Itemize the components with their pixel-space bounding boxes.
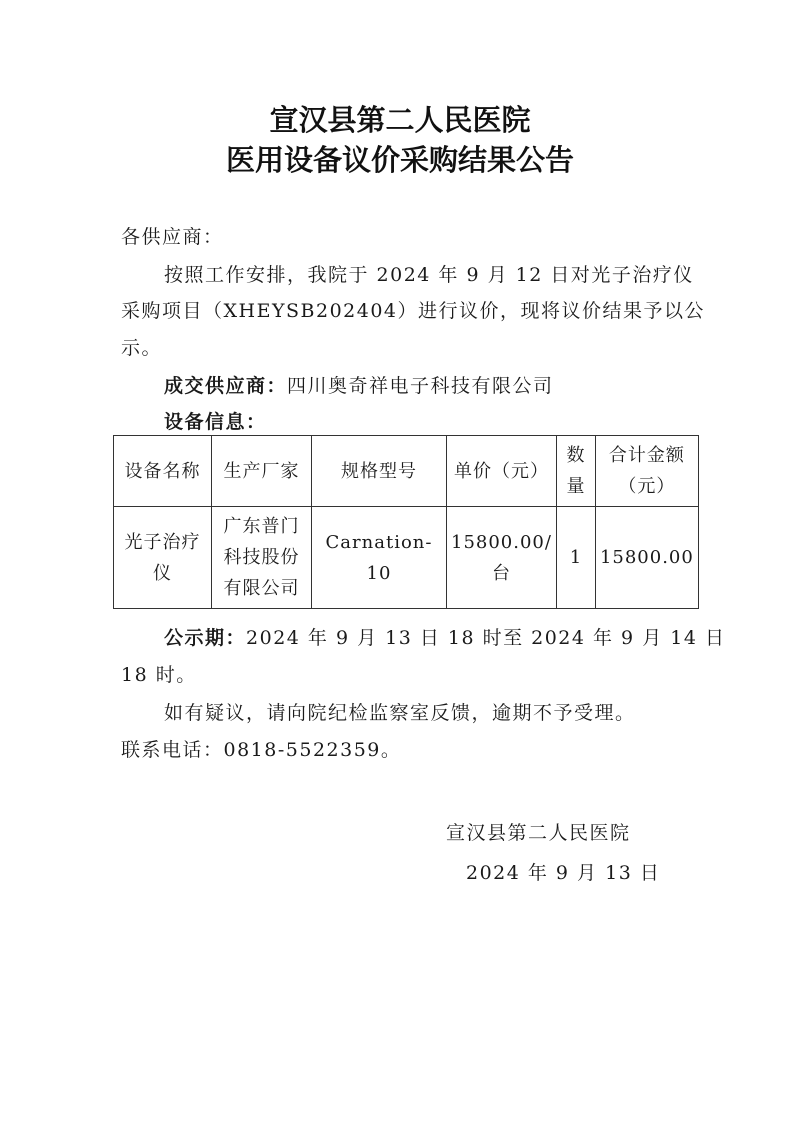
cell-equipment-name: 光子治疗 仪	[114, 507, 212, 609]
winning-supplier-value: 四川奥奇祥电子科技有限公司	[287, 375, 554, 397]
cell-unit-price: 15800.00/ 台	[447, 507, 557, 609]
signature-date: 2024 年 9 月 13 日	[466, 858, 660, 885]
header-quantity-line2: 量	[561, 471, 591, 502]
header-quantity-line1: 数	[561, 440, 591, 471]
paragraph-1-line-2: 采购项目（XHEYSB202404）进行议价，现将议价结果予以公	[121, 296, 705, 323]
salutation: 各供应商：	[121, 222, 224, 249]
publicity-period-line2: 18 时。	[121, 660, 197, 687]
publicity-period-label: 公示期：	[164, 627, 246, 649]
cell-equipment-name-line1: 光子治疗	[118, 527, 207, 558]
cell-equipment-name-line2: 仪	[118, 558, 207, 589]
signature-organization: 宣汉县第二人民医院	[446, 818, 631, 845]
cell-manufacturer-line1: 广东普门	[216, 511, 307, 542]
publicity-period-value: 2024 年 9 月 13 日 18 时至 2024 年 9 月 14 日	[246, 627, 725, 649]
cell-total: 15800.00	[595, 507, 698, 609]
cell-unit-price-line1: 15800.00/	[451, 527, 552, 558]
winning-supplier: 成交供应商：四川奥奇祥电子科技有限公司	[164, 371, 554, 398]
equipment-table: 设备名称 生产厂家 规格型号 单价（元） 数 量 合计金额 （元） 光子治疗 仪…	[113, 435, 699, 609]
contact-phone: 联系电话：0818-5522359。	[121, 735, 401, 762]
header-equipment-name: 设备名称	[114, 436, 212, 507]
header-total: 合计金额 （元）	[595, 436, 698, 507]
cell-unit-price-line2: 台	[451, 558, 552, 589]
cell-manufacturer-line3: 有限公司	[216, 573, 307, 604]
cell-quantity: 1	[556, 507, 595, 609]
publicity-period: 公示期：2024 年 9 月 13 日 18 时至 2024 年 9 月 14 …	[164, 623, 725, 650]
header-total-line2: （元）	[600, 471, 694, 502]
header-quantity: 数 量	[556, 436, 595, 507]
table-header-row: 设备名称 生产厂家 规格型号 单价（元） 数 量 合计金额 （元）	[114, 436, 699, 507]
header-total-line1: 合计金额	[600, 440, 694, 471]
equipment-info-label: 设备信息：	[164, 407, 267, 434]
cell-manufacturer-line2: 科技股份	[216, 542, 307, 573]
winning-supplier-label: 成交供应商：	[164, 375, 287, 397]
paragraph-1-line-1: 按照工作安排，我院于 2024 年 9 月 12 日对光子治疗仪	[164, 260, 694, 287]
table-row: 光子治疗 仪 广东普门 科技股份 有限公司 Carnation-10 15800…	[114, 507, 699, 609]
header-unit-price: 单价（元）	[447, 436, 557, 507]
cell-manufacturer: 广东普门 科技股份 有限公司	[212, 507, 312, 609]
header-model: 规格型号	[312, 436, 447, 507]
paragraph-1-line-3: 示。	[121, 333, 162, 360]
cell-model: Carnation-10	[312, 507, 447, 609]
document-title-line1: 宣汉县第二人民医院	[0, 98, 800, 139]
objection-notice: 如有疑议，请向院纪检监察室反馈，逾期不予受理。	[164, 698, 636, 725]
header-manufacturer: 生产厂家	[212, 436, 312, 507]
document-title-line2: 医用设备议价采购结果公告	[0, 138, 800, 179]
